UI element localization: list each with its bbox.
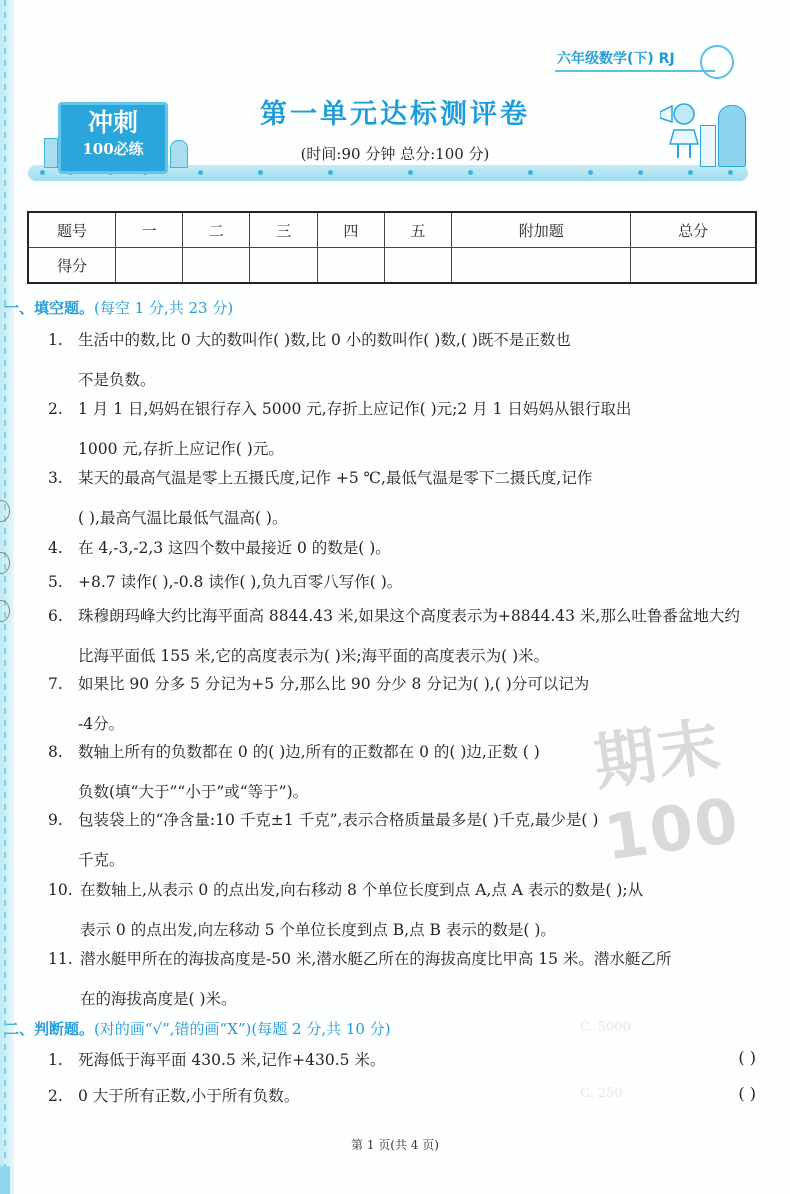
question-item: 10.在数轴上,从表示 0 的点出发,向右移动 8 个单位长度到点 A,点 A … xyxy=(48,870,760,950)
section-heading-true-false: 二、判断题。(对的画“√”,错的画“X”)(每题 2 分,共 10 分) xyxy=(4,1018,391,1039)
girl-megaphone-icon xyxy=(660,100,700,160)
question-text: 珠穆朗玛峰大约比海平面高 8844.43 米,如果这个高度表示为+8844.43… xyxy=(78,607,740,625)
question-item: 2.0 大于所有正数,小于所有负数。 xyxy=(48,1076,760,1116)
question-item: 1.生活中的数,比 0 大的数叫作( )数,比 0 小的数叫作( )数,( )既… xyxy=(48,320,760,400)
rocket-building-illustration xyxy=(718,105,746,167)
question-text: +8.7 读作( ),-0.8 读作( ),负九百零八写作( )。 xyxy=(78,573,402,591)
question-number: 2. xyxy=(48,1076,78,1116)
table-cell: 三 xyxy=(250,212,317,248)
question-item: 1.死海低于海平面 430.5 米,记作+430.5 米。 xyxy=(48,1040,760,1080)
score-entry-cell[interactable] xyxy=(452,248,631,284)
question-number: 3. xyxy=(48,458,78,498)
answer-box[interactable]: ( ) xyxy=(738,1084,756,1103)
question-number: 2. xyxy=(48,389,78,429)
question-text-cont: 在的海拔高度是( )米。 xyxy=(48,979,760,1019)
table-cell: 题号 xyxy=(28,212,116,248)
score-entry-cell[interactable] xyxy=(631,248,756,284)
question-text: 死海低于海平面 430.5 米,记作+430.5 米。 xyxy=(78,1051,385,1069)
score-entry-cell[interactable] xyxy=(183,248,250,284)
question-text: 数轴上所有的负数都在 0 的( )边,所有的正数都在 0 的( )边,正数 ( … xyxy=(78,743,540,761)
answer-box[interactable]: ( ) xyxy=(738,1048,756,1067)
table-cell: 附加题 xyxy=(452,212,631,248)
question-text: 如果比 90 分多 5 分记为+5 分,那么比 90 分少 8 分记为( ),(… xyxy=(78,675,589,693)
left-margin-strip xyxy=(0,0,14,1194)
table-cell: 得分 xyxy=(28,248,116,284)
table-cell: 一 xyxy=(116,212,183,248)
table-cell: 总分 xyxy=(631,212,756,248)
question-item: 11.潜水艇甲所在的海拔高度是-50 米,潜水艇乙所在的海拔高度比甲高 15 米… xyxy=(48,939,760,1019)
question-text: 包装袋上的“净含量:10 千克±1 千克”,表示合格质量最多是( )千克,最少是… xyxy=(78,811,598,829)
question-number: 1. xyxy=(48,320,78,360)
table-row-question-number: 题号 一 二 三 四 五 附加题 总分 xyxy=(28,212,756,248)
question-item: 2.1 月 1 日,妈妈在银行存入 5000 元,存折上应记作( )元;2 月 … xyxy=(48,389,760,469)
question-number: 11. xyxy=(48,939,80,979)
question-number: 8. xyxy=(48,732,78,772)
question-text: 在 4,-3,-2,3 这四个数中最接近 0 的数是( )。 xyxy=(78,539,391,557)
section-note: (每空 1 分,共 23 分) xyxy=(94,299,233,317)
section-title: 二、判断题。 xyxy=(4,1020,94,1038)
section-title: 一、填空题。 xyxy=(4,299,94,317)
ribbon-line xyxy=(555,70,715,72)
section-heading-fill-blank: 一、填空题。(每空 1 分,共 23 分) xyxy=(4,297,233,318)
margin-tab xyxy=(0,1166,10,1194)
table-cell: 四 xyxy=(317,212,384,248)
score-entry-cell[interactable] xyxy=(250,248,317,284)
building-illustration xyxy=(700,125,716,167)
score-table: 题号 一 二 三 四 五 附加题 总分 得分 xyxy=(27,211,757,284)
score-entry-cell[interactable] xyxy=(384,248,451,284)
question-text: 在数轴上,从表示 0 的点出发,向右移动 8 个单位长度到点 A,点 A 表示的… xyxy=(80,881,643,899)
margin-dash-line xyxy=(4,0,6,1194)
score-entry-cell[interactable] xyxy=(116,248,183,284)
page-number: 第 1 页(共 4 页) xyxy=(0,1136,790,1153)
table-cell: 五 xyxy=(384,212,451,248)
table-row-score: 得分 xyxy=(28,248,756,284)
question-number: 1. xyxy=(48,1040,78,1080)
section-note: (对的画“√”,错的画“X”)(每题 2 分,共 10 分) xyxy=(94,1020,391,1038)
score-entry-cell[interactable] xyxy=(317,248,384,284)
question-text: 潜水艇甲所在的海拔高度是-50 米,潜水艇乙所在的海拔高度比甲高 15 米。潜水… xyxy=(80,950,671,968)
question-number: 7. xyxy=(48,664,78,704)
question-text: 1 月 1 日,妈妈在银行存入 5000 元,存折上应记作( )元;2 月 1 … xyxy=(78,400,631,418)
question-number: 10. xyxy=(48,870,80,910)
question-item: 3.某天的最高气温是零上五摄氏度,记作 +5 ℃,最低气温是零下二摄氏度,记作 … xyxy=(48,458,760,538)
question-number: 6. xyxy=(48,596,78,636)
question-text: 某天的最高气温是零上五摄氏度,记作 +5 ℃,最低气温是零下二摄氏度,记作 xyxy=(78,469,592,487)
question-text: 0 大于所有正数,小于所有负数。 xyxy=(78,1087,299,1105)
grade-label: 六年级数学(下) RJ xyxy=(557,48,675,68)
watermark: 期末100 xyxy=(588,687,790,874)
question-text: 生活中的数,比 0 大的数叫作( )数,比 0 小的数叫作( )数,( )既不是… xyxy=(78,331,571,349)
ribbon-loop-icon xyxy=(700,45,734,79)
question-number: 9. xyxy=(48,800,78,840)
table-cell: 二 xyxy=(183,212,250,248)
show-through-text: C. 5000 xyxy=(580,1020,631,1035)
